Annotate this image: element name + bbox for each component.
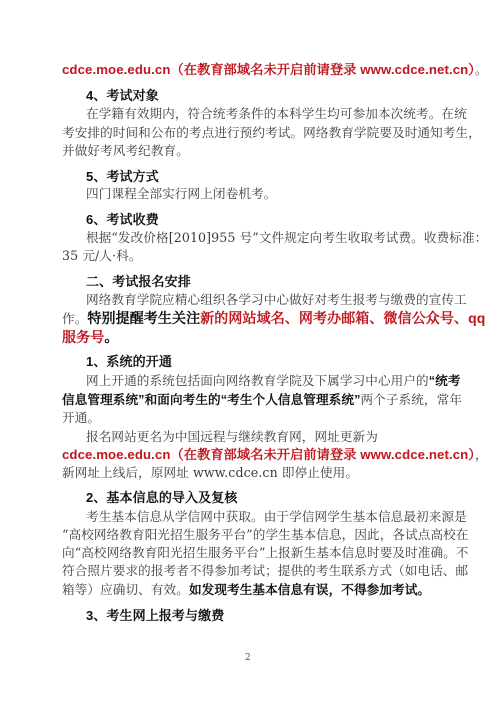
paragraph-line: 考生基本信息从学信网中获取。由于学信网学生基本信息最初来源是	[86, 509, 462, 525]
bold-reminder: 特别提醒考生关注	[87, 310, 200, 326]
section-5-heading: 5、考试方式	[86, 169, 462, 185]
paragraph-line: 四门课程全部实行网上闭卷机考。	[86, 186, 462, 202]
page-number: 2	[245, 653, 251, 663]
red-reminder: 服务号	[62, 329, 104, 345]
paragraph-line: 开通。	[62, 410, 438, 426]
paragraph-line: 考安排的时间和公布的考点进行预约考试。网络教育学院要及时通知考生，	[62, 125, 438, 141]
red-url-text: cdce.moe.edu.cn（在教育部域名未开启前请登录 www.cdce.n…	[62, 62, 475, 77]
section-2-heading: 二、考试报名安排	[86, 274, 462, 290]
paragraph-line: 网络教育学院应精心组织各学习中心做好对考生报考与缴费的宣传工	[86, 292, 462, 308]
subsection-3-heading: 3、考生网上报考与缴费	[86, 608, 462, 624]
paragraph-line: 作。特别提醒考生关注新的网站域名、网考办邮箱、微信公众号、qq	[62, 310, 438, 327]
red-url-text: cdce.moe.edu.cn（在教育部域名未开启前请登录 www.cdce.n…	[62, 447, 475, 462]
paragraph-line: 并做好考风考纪教育。	[62, 143, 438, 159]
section-4-heading: 4、考试对象	[86, 88, 462, 104]
section-6-heading: 6、考试收费	[86, 212, 462, 228]
paragraph-line: 箱等）应确切、有效。如发现考生基本信息有误，不得参加考试。	[62, 582, 438, 598]
paragraph-line: “高校网络教育阳光招生服务平台”的学生基本信息，因此，各试点高校在	[62, 527, 438, 543]
paragraph-line: 符合照片要求的报考者不得参加考试；提供的考生联系方式（如电话、邮	[62, 563, 438, 579]
url-line: cdce.moe.edu.cn（在教育部域名未开启前请登录 www.cdce.n…	[62, 447, 438, 463]
paragraph-line: 服务号。	[62, 329, 438, 346]
bold-warning: 如发现考生基本信息有误，不得参加考试。	[189, 583, 430, 597]
paragraph-line: 信息管理系统”和面向考生的“考生个人信息管理系统”两个子系统，常年	[62, 392, 438, 408]
paragraph-line: 向“高校网络教育阳光招生服务平台”上报新生基本信息时要及时准确。不	[62, 545, 438, 561]
paragraph-line: 网上开通的系统包括面向网络教育学院及下属学习中心用户的“统考	[86, 373, 462, 389]
document-page: cdce.moe.edu.cn（在教育部域名未开启前请登录 www.cdce.n…	[0, 0, 499, 706]
red-reminder: 新的网站域名、网考办邮箱、微信公众号、qq	[200, 310, 485, 326]
paragraph-line: 35 元/人·科。	[62, 248, 438, 264]
subsection-2-heading: 2、基本信息的导入及复核	[86, 490, 462, 506]
paragraph-line: 新网址上线后，原网址 www.cdce.cn 即停止使用。	[62, 465, 438, 481]
paragraph-line: 报名网站更名为中国远程与继续教育网，网址更新为	[86, 429, 462, 445]
url-line: cdce.moe.edu.cn（在教育部域名未开启前请登录 www.cdce.n…	[62, 62, 438, 78]
paragraph-line: 在学籍有效期内，符合统考条件的本科学生均可参加本次统考。在统	[86, 106, 462, 122]
paragraph-line: 根据“发改价格[2010]955 号”文件规定向考生收取考试费。收费标准：	[86, 230, 462, 246]
subsection-1-heading: 1、系统的开通	[86, 354, 462, 370]
